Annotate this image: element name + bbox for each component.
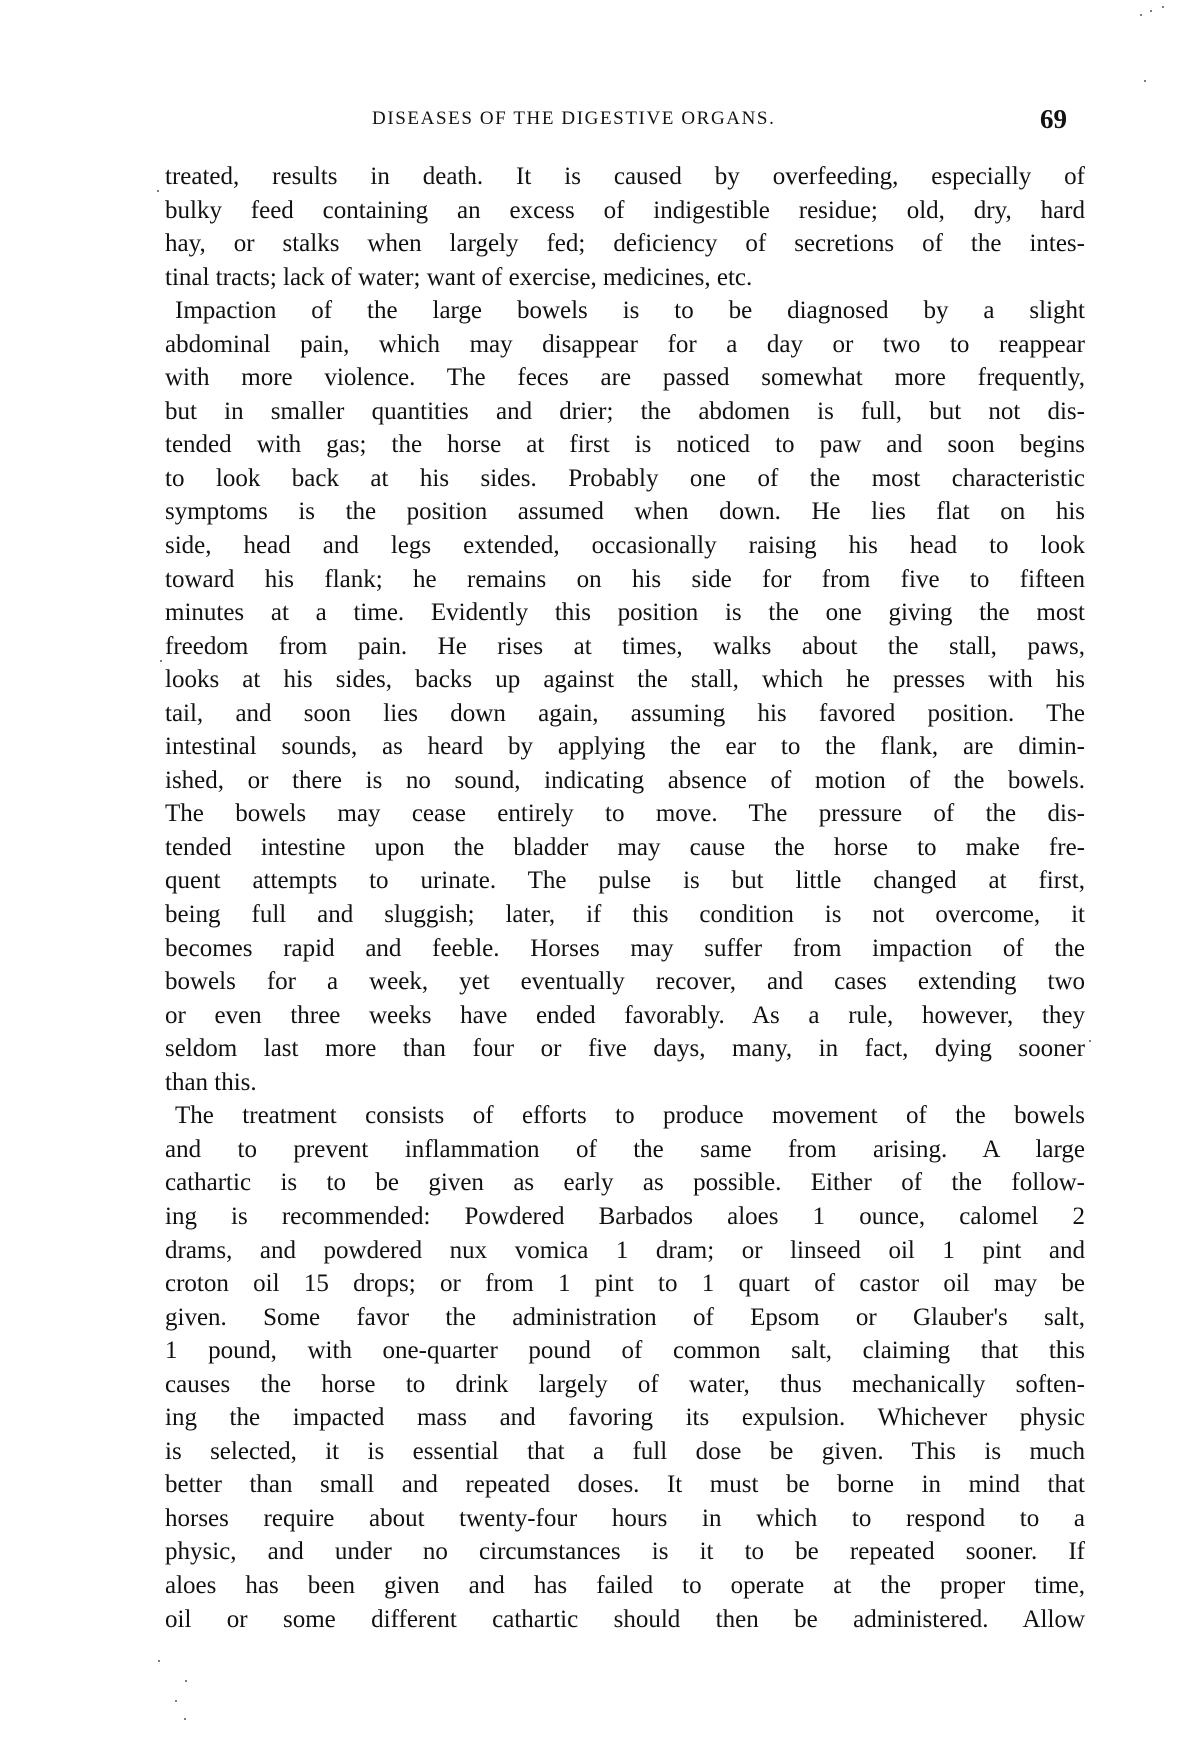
- text-line: causes the horse to drink largely of wat…: [165, 1368, 1085, 1402]
- text-line: ing the impacted mass and favoring its e…: [165, 1401, 1085, 1435]
- text-line: Impaction of the large bowels is to be d…: [165, 294, 1085, 328]
- text-line: The bowels may cease entirely to move. T…: [165, 797, 1085, 831]
- text-line: given. Some favor the administration of …: [165, 1301, 1085, 1335]
- text-line: better than small and repeated doses. It…: [165, 1468, 1085, 1502]
- text-line: and to prevent inflammation of the same …: [165, 1133, 1085, 1167]
- scan-speck: [1162, 6, 1164, 8]
- text-line: becomes rapid and feeble. Horses may suf…: [165, 932, 1085, 966]
- text-line: seldom last more than four or five days,…: [165, 1032, 1085, 1066]
- scan-speck: [184, 1718, 186, 1720]
- text-line: ing is recommended: Powdered Barbados al…: [165, 1200, 1085, 1234]
- text-line: oil or some different cathartic should t…: [165, 1603, 1085, 1637]
- text-line: aloes has been given and has failed to o…: [165, 1569, 1085, 1603]
- text-line: toward his flank; he remains on his side…: [165, 563, 1085, 597]
- text-line: tinal tracts; lack of water; want of exe…: [165, 261, 1085, 295]
- text-line: tended intestine upon the bladder may ca…: [165, 831, 1085, 865]
- scan-speck: [160, 660, 162, 662]
- page-number: 69: [1040, 104, 1067, 135]
- scan-speck: [175, 1700, 177, 1702]
- text-line: being full and sluggish; later, if this …: [165, 898, 1085, 932]
- text-line: treated, results in death. It is caused …: [165, 160, 1085, 194]
- text-line: 1 pound, with one-quarter pound of commo…: [165, 1334, 1085, 1368]
- text-line: is selected, it is essential that a full…: [165, 1435, 1085, 1469]
- text-line: quent attempts to urinate. The pulse is …: [165, 864, 1085, 898]
- text-line: but in smaller quantities and drier; the…: [165, 395, 1085, 429]
- text-line: side, head and legs extended, occasional…: [165, 529, 1085, 563]
- scan-speck: [1144, 80, 1146, 82]
- text-line: horses require about twenty-four hours i…: [165, 1502, 1085, 1536]
- scan-speck: [1089, 1040, 1091, 1042]
- text-line: bowels for a week, yet eventually recove…: [165, 965, 1085, 999]
- running-title: DISEASES OF THE DIGESTIVE ORGANS.: [372, 108, 775, 130]
- scan-speck: [1140, 14, 1142, 16]
- scan-speck: [185, 1680, 187, 1682]
- text-line: to look back at his sides. Probably one …: [165, 462, 1085, 496]
- text-line: physic, and under no circumstances is it…: [165, 1535, 1085, 1569]
- text-line: bulky feed containing an excess of indig…: [165, 194, 1085, 228]
- text-line: ished, or there is no sound, indicating …: [165, 764, 1085, 798]
- text-line: tended with gas; the horse at first is n…: [165, 428, 1085, 462]
- text-line: The treatment consists of efforts to pro…: [165, 1099, 1085, 1133]
- scan-speck: [158, 1660, 160, 1662]
- text-line: tail, and soon lies down again, assuming…: [165, 697, 1085, 731]
- text-line: looks at his sides, backs up against the…: [165, 663, 1085, 697]
- text-line: abdominal pain, which may disappear for …: [165, 328, 1085, 362]
- text-line: freedom from pain. He rises at times, wa…: [165, 630, 1085, 664]
- text-line: hay, or stalks when largely fed; deficie…: [165, 227, 1085, 261]
- text-line: cathartic is to be given as early as pos…: [165, 1166, 1085, 1200]
- text-line: or even three weeks have ended favorably…: [165, 999, 1085, 1033]
- text-line: intestinal sounds, as heard by applying …: [165, 730, 1085, 764]
- text-line: symptoms is the position assumed when do…: [165, 495, 1085, 529]
- text-line: croton oil 15 drops; or from 1 pint to 1…: [165, 1267, 1085, 1301]
- body-text: treated, results in death. It is caused …: [165, 160, 1085, 1636]
- text-line: than this.: [165, 1066, 1085, 1100]
- text-line: drams, and powdered nux vomica 1 dram; o…: [165, 1234, 1085, 1268]
- scan-speck: [157, 190, 159, 192]
- text-line: minutes at a time. Evidently this positi…: [165, 596, 1085, 630]
- scan-speck: [1150, 10, 1152, 12]
- running-head: DISEASES OF THE DIGESTIVE ORGANS. 69: [0, 104, 1200, 134]
- text-line: with more violence. The feces are passed…: [165, 361, 1085, 395]
